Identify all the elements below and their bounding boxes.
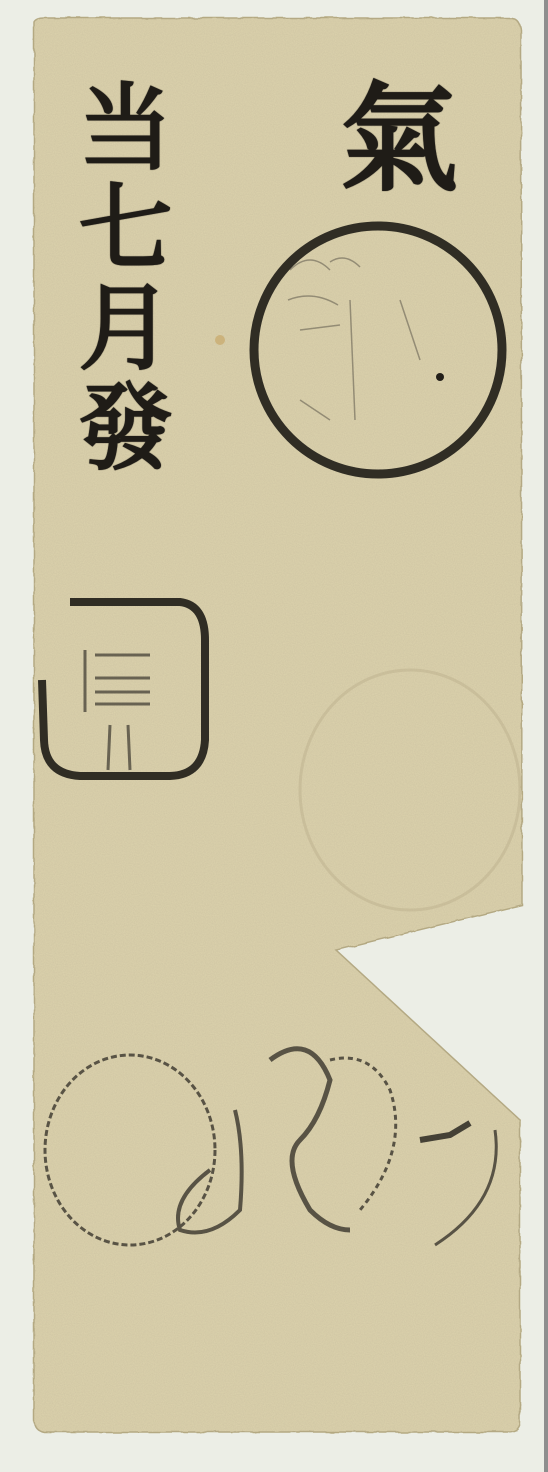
date-inscription-column: 当七月發 (50, 78, 185, 618)
note-paper: 氣 当七月發 (0, 0, 548, 1472)
character-ki: 氣 (340, 80, 458, 198)
scanner-edge-strip (544, 0, 548, 1472)
